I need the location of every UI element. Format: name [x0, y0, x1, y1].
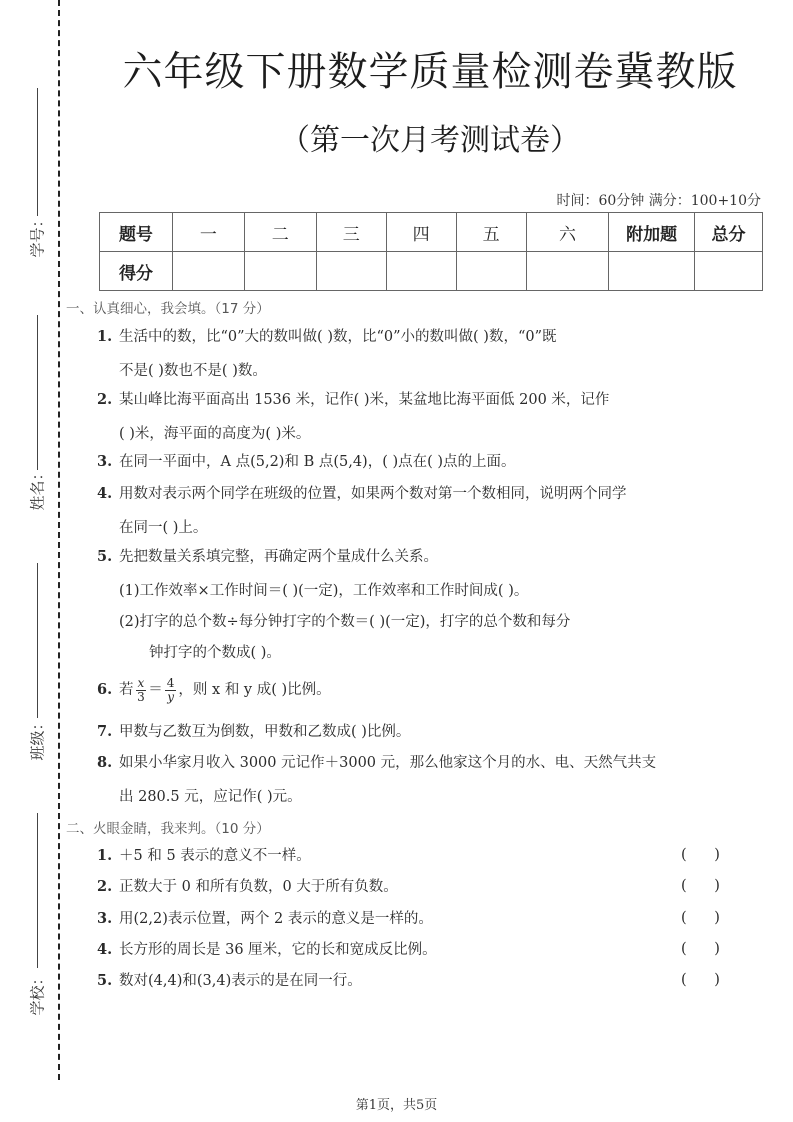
question-number: 4.: [97, 478, 119, 510]
question-text: 生活中的数，比“0”大的数叫做( )数，比“0”小的数叫做( )数，“0”既: [119, 329, 557, 345]
question-1-8-cont: 出 280.5 元，应记作( )元。: [119, 785, 302, 806]
answer-paren[interactable]: ( ): [681, 878, 720, 894]
judge-question-2: 2.正数大于 0 和所有负数，0 大于所有负数。: [97, 871, 742, 903]
question-text: ，则 x 和 y 成( )比例。: [178, 682, 330, 698]
score-table-header: 四: [386, 213, 456, 252]
score-cell[interactable]: [456, 252, 526, 291]
question-number: 5.: [97, 541, 119, 573]
question-text: 数对(4,4)和(3,4)表示的是在同一行。: [119, 973, 362, 989]
exam-meta: 时间：60分钟 满分：100+10分: [556, 190, 761, 210]
question-number: 3.: [97, 446, 119, 478]
score-cell[interactable]: [244, 252, 316, 291]
score-table-header: 题号: [100, 213, 173, 252]
question-prefix: 若: [119, 682, 134, 698]
question-1-6: 6.若x3＝4y，则 x 和 y 成( )比例。: [97, 674, 742, 706]
question-text: 在同一平面中，A 点(5,2)和 B 点(5,4)，( )点在( )点的上面。: [119, 454, 516, 470]
equals-sign: ＝: [148, 682, 163, 698]
fraction-denominator: 3: [136, 691, 147, 704]
question-1-3: 3.在同一平面中，A 点(5,2)和 B 点(5,4)，( )点在( )点的上面…: [97, 446, 742, 478]
question-text: 长方形的周长是 36 厘米，它的长和宽成反比例。: [119, 942, 437, 958]
section-2-title: 二、火眼金睛，我来判。（10 分）: [66, 817, 270, 837]
question-number: 3.: [97, 903, 119, 935]
question-1-5-part-2-cont: 钟打字的个数成( )。: [149, 641, 281, 662]
judge-question-5: 5.数对(4,4)和(3,4)表示的是在同一行。: [97, 965, 742, 997]
page-subtitle: （第一次月考测试卷）: [90, 115, 770, 159]
score-cell[interactable]: [386, 252, 456, 291]
question-1-7: 7.甲数与乙数互为倒数，甲数和乙数成( )比例。: [97, 716, 742, 748]
score-cell[interactable]: [526, 252, 609, 291]
question-1-5: 5.先把数量关系填完整，再确定两个量成什么关系。: [97, 541, 742, 573]
question-number: 6.: [97, 674, 119, 706]
page-title: 六年级下册数学质量检测卷冀教版: [90, 40, 770, 97]
question-1-8: 8.如果小华家月收入 3000 元记作＋3000 元，那么他家这个月的水、电、天…: [97, 747, 742, 779]
score-row-label: 得分: [100, 252, 173, 291]
class-blank[interactable]: [37, 563, 38, 718]
fraction-numerator: x: [136, 677, 147, 691]
question-text: 甲数与乙数互为倒数，甲数和乙数成( )比例。: [119, 724, 410, 740]
score-table-header: 六: [526, 213, 609, 252]
question-number: 1.: [97, 321, 119, 353]
score-cell[interactable]: [694, 252, 762, 291]
question-text: 正数大于 0 和所有负数，0 大于所有负数。: [119, 879, 398, 895]
score-table-score-row: 得分: [100, 252, 763, 291]
score-table-header-row: 题号 一 二 三 四 五 六 附加题 总分: [100, 213, 763, 252]
fraction-denominator: y: [165, 691, 177, 704]
school-blank[interactable]: [37, 813, 38, 968]
score-table-header: 附加题: [609, 213, 695, 252]
score-table-header: 三: [316, 213, 386, 252]
question-1-4-cont: 在同一( )上。: [119, 516, 207, 537]
score-table-header: 一: [172, 213, 244, 252]
question-1-1-cont: 不是( )数也不是( )数。: [119, 359, 267, 380]
question-text: 先把数量关系填完整，再确定两个量成什么关系。: [119, 549, 438, 565]
answer-paren[interactable]: ( ): [681, 910, 720, 926]
class-label: 班级：: [27, 731, 48, 761]
question-number: 1.: [97, 840, 119, 872]
question-number: 4.: [97, 934, 119, 966]
question-1-2: 2.某山峰比海平面高出 1536 米，记作( )米，某盆地比海平面低 200 米…: [97, 384, 742, 416]
score-cell[interactable]: [316, 252, 386, 291]
score-table-header: 五: [456, 213, 526, 252]
fraction-4-over-y: 4y: [165, 677, 177, 704]
question-1-5-part-2: (2)打字的总个数÷每分钟打字的个数＝( )(一定)，打字的总个数和每分: [119, 610, 570, 631]
question-1-1: 1.生活中的数，比“0”大的数叫做( )数，比“0”小的数叫做( )数，“0”既: [97, 321, 742, 353]
score-table: 题号 一 二 三 四 五 六 附加题 总分 得分: [99, 212, 763, 291]
question-text: 如果小华家月收入 3000 元记作＋3000 元，那么他家这个月的水、电、天然气…: [119, 755, 656, 771]
section-1-title: 一、认真细心，我会填。（17 分）: [66, 297, 270, 317]
question-number: 8.: [97, 747, 119, 779]
name-blank[interactable]: [37, 315, 38, 470]
question-1-2-cont: ( )米，海平面的高度为( )米。: [119, 422, 310, 443]
score-cell[interactable]: [609, 252, 695, 291]
judge-question-1: 1.＋5 和 5 表示的意义不一样。: [97, 840, 742, 872]
score-table-header: 二: [244, 213, 316, 252]
fraction-x-over-3: x3: [136, 677, 147, 704]
question-number: 2.: [97, 384, 119, 416]
score-cell[interactable]: [172, 252, 244, 291]
question-number: 2.: [97, 871, 119, 903]
judge-question-3: 3.用(2,2)表示位置，两个 2 表示的意义是一样的。: [97, 903, 742, 935]
answer-paren[interactable]: ( ): [681, 847, 720, 863]
question-1-5-part-1: (1)工作效率×工作时间＝( )(一定)，工作效率和工作时间成( )。: [119, 579, 528, 600]
answer-paren[interactable]: ( ): [681, 972, 720, 988]
student-number-blank[interactable]: [37, 88, 38, 216]
question-text: 用数对表示两个同学在班级的位置，如果两个数对第一个数相同，说明两个同学: [119, 486, 627, 502]
question-text: ＋5 和 5 表示的意义不一样。: [119, 848, 311, 864]
question-number: 7.: [97, 716, 119, 748]
answer-paren[interactable]: ( ): [681, 941, 720, 957]
school-label: 学校：: [27, 986, 48, 1016]
score-table-header: 总分: [694, 213, 762, 252]
judge-question-4: 4.长方形的周长是 36 厘米，它的长和宽成反比例。: [97, 934, 742, 966]
student-number-label: 学号：: [27, 228, 48, 258]
name-label: 姓名：: [27, 481, 48, 511]
question-text: 用(2,2)表示位置，两个 2 表示的意义是一样的。: [119, 911, 433, 927]
fraction-numerator: 4: [165, 677, 177, 691]
question-number: 5.: [97, 965, 119, 997]
question-text: 某山峰比海平面高出 1536 米，记作( )米，某盆地比海平面低 200 米，记…: [119, 392, 609, 408]
page-number: 第1页，共5页: [0, 1094, 793, 1113]
question-1-4: 4.用数对表示两个同学在班级的位置，如果两个数对第一个数相同，说明两个同学: [97, 478, 742, 510]
binding-dotted-line: [58, 0, 60, 1080]
